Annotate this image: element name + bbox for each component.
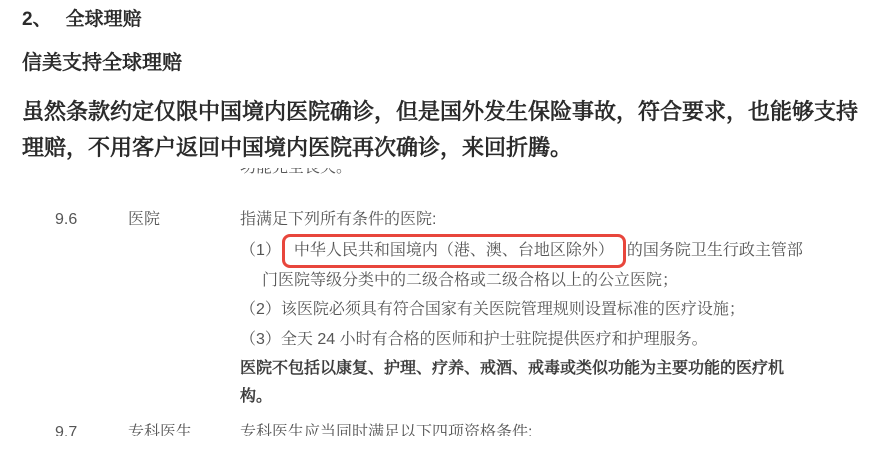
intro-paragraph-line: 理赔，不用客户返回中国境内医院再次确诊，来回折腾。 xyxy=(22,130,878,166)
clause-number-9-7: 9.7 xyxy=(55,425,77,436)
section-title: 全球理赔 xyxy=(66,9,142,30)
section-subtitle: 信美支持全球理赔 xyxy=(22,50,182,76)
clause-term-specialist: 专科医生 xyxy=(128,425,192,436)
clause-term-hospital: 医院 xyxy=(128,212,160,228)
section-number: 2、 xyxy=(22,9,52,30)
clipped-previous-line: 功能完全丧失。 xyxy=(240,168,352,176)
clause-item-3: （3）全天 24 小时有合格的医师和护士驻院提供医疗和护理服务。 xyxy=(240,332,708,348)
clause-item-1-label: （1） xyxy=(240,242,281,259)
highlight-box: 中华人民共和国境内（港、澳、台地区除外） xyxy=(282,234,626,268)
clause-item-1-continuation: 门医院等级分类中的二级合格或二级合格以上的公立医院； xyxy=(262,273,678,289)
intro-paragraph-line: 虽然条款约定仅限中国境内医院确诊，但是国外发生保险事故，符合要求，也能够支持 xyxy=(22,94,878,130)
clause-definition-intro-9-7: 专科医生应当同时满足以下四项资格条件: xyxy=(240,425,532,436)
clause-item-2: （2）该医院必须具有符合国家有关医院管理规则设置标准的医疗设施； xyxy=(240,302,745,318)
clause-item-1: （1）中华人民共和国境内（港、澳、台地区除外）的国务院卫生行政主管部 xyxy=(240,243,803,259)
policy-excerpt-image: 功能完全丧失。 9.6 医院 指满足下列所有条件的医院: （1）中华人民共和国境… xyxy=(0,168,886,436)
clause-number-9-6: 9.6 xyxy=(55,212,77,228)
page: 2、全球理赔 信美支持全球理赔 虽然条款约定仅限中国境内医院确诊，但是国外发生保… xyxy=(0,0,886,472)
intro-paragraph: 虽然条款约定仅限中国境内医院确诊，但是国外发生保险事故，符合要求，也能够支持 理… xyxy=(22,94,878,166)
clause-item-1-tail: 的国务院卫生行政主管部 xyxy=(627,242,803,259)
clause-exclusion-note-line: 医院不包括以康复、护理、疗养、戒酒、戒毒或类似功能为主要功能的医疗机 xyxy=(240,361,784,377)
section-heading: 2、全球理赔 xyxy=(22,8,142,32)
clause-exclusion-note-line: 构。 xyxy=(240,389,272,405)
clause-definition-intro: 指满足下列所有条件的医院: xyxy=(240,212,436,228)
